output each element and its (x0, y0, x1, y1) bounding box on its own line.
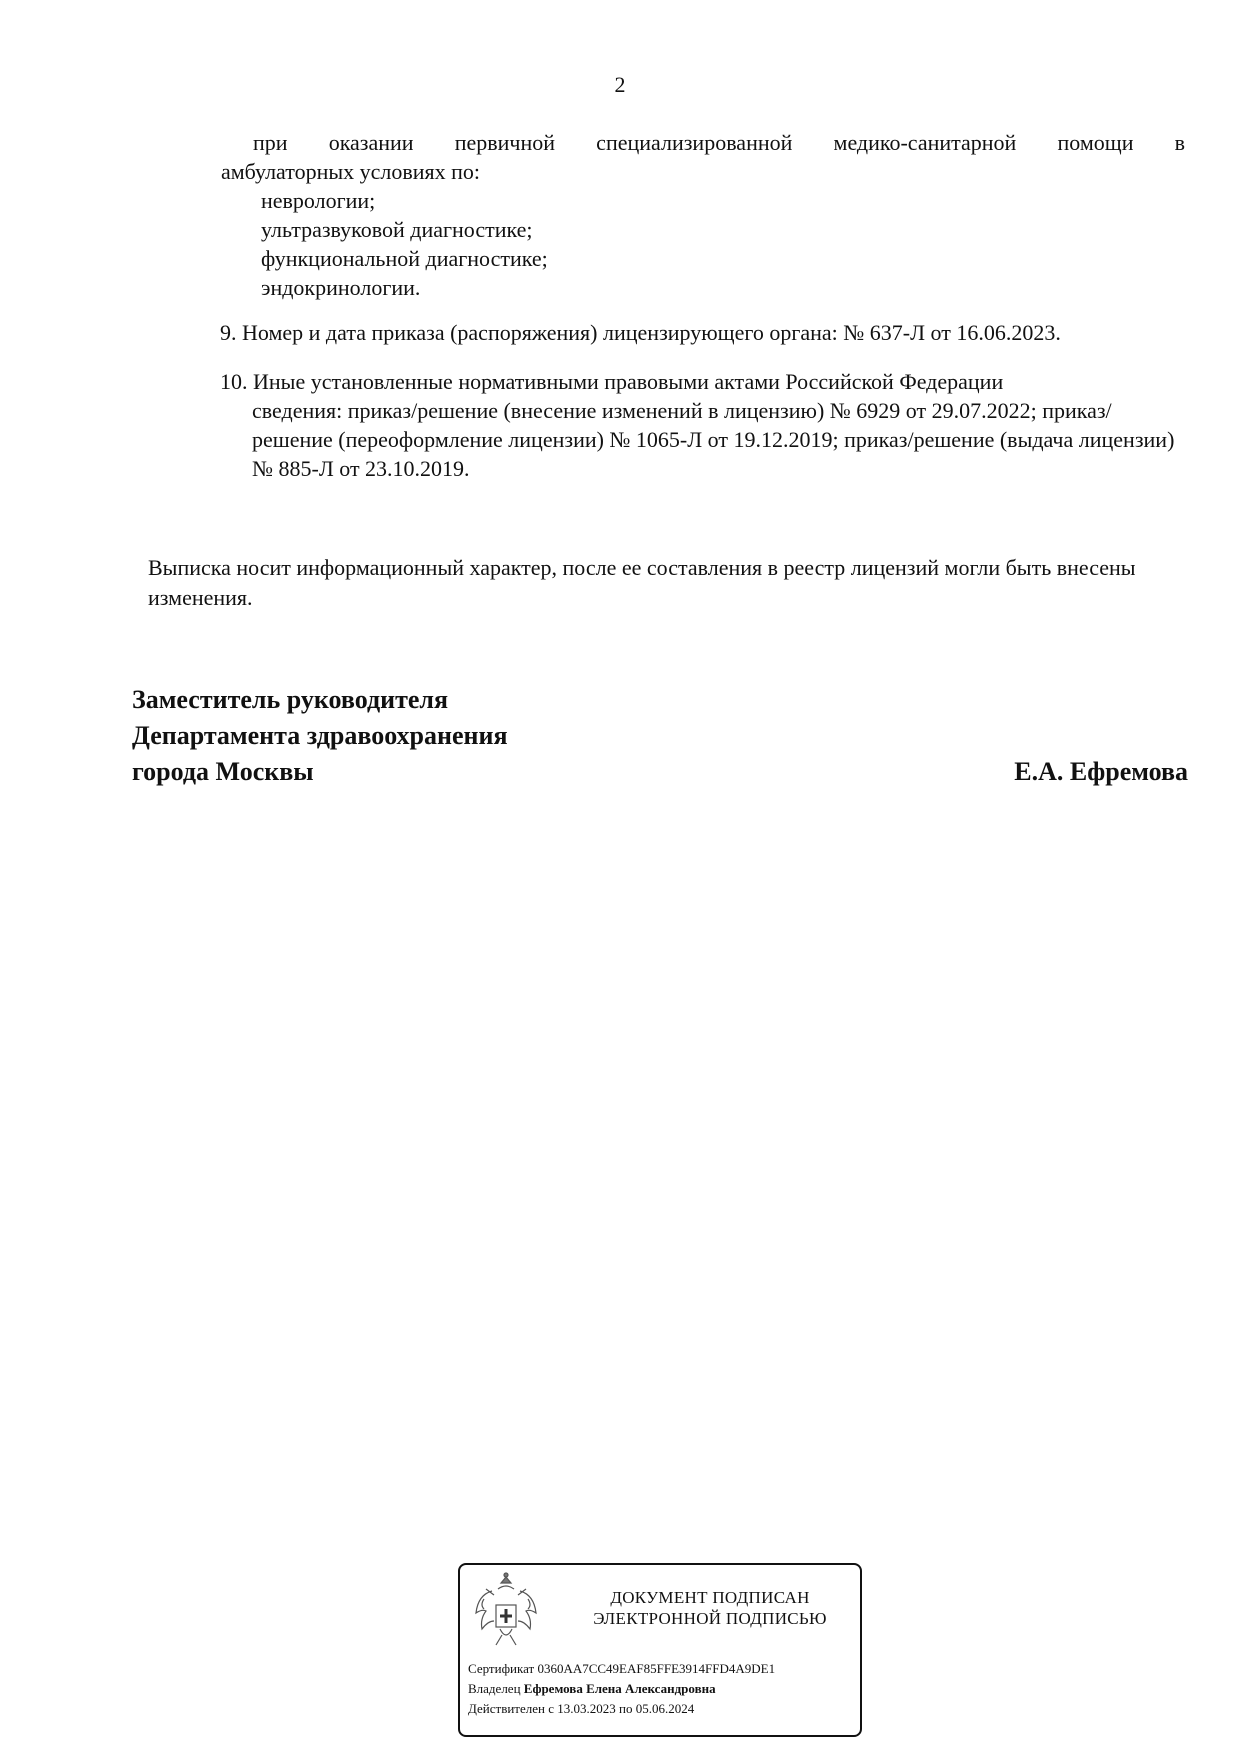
stamp-title-line1: ДОКУМЕНТ ПОДПИСАН (570, 1587, 850, 1608)
stamp-title: ДОКУМЕНТ ПОДПИСАН ЭЛЕКТРОННОЙ ПОДПИСЬЮ (570, 1587, 850, 1629)
page-number: 2 (0, 72, 1240, 98)
owner-row: Владелец Ефремова Елена Александровна (468, 1679, 858, 1699)
signer-position-line2: Департамента здравоохранения (132, 718, 1188, 754)
signer-position-line3: города Москвы (132, 754, 314, 790)
stamp-info: Сертификат 0360AA7CC49EAF85FFE3914FFD4A9… (468, 1659, 858, 1719)
specialty-item: эндокринологии. (261, 273, 1185, 302)
signature-block: Заместитель руководителя Департамента зд… (132, 682, 1188, 790)
owner-label: Владелец (468, 1681, 521, 1696)
certificate-value: 0360AA7CC49EAF85FFE3914FFD4A9DE1 (537, 1661, 775, 1676)
item-10-continuation: сведения: приказ/решение (внесение измен… (252, 396, 1190, 483)
intro-paragraph: при оказании первичной специализированно… (237, 128, 1185, 302)
signer-position-line1: Заместитель руководителя (132, 682, 1188, 718)
item-10-first-line: 10. Иные установленные нормативными прав… (220, 367, 1190, 396)
owner-value: Ефремова Елена Александровна (524, 1681, 716, 1696)
certificate-label: Сертификат (468, 1661, 534, 1676)
specialty-item: ультразвуковой диагностике; (261, 215, 1185, 244)
item-10: 10. Иные установленные нормативными прав… (220, 367, 1190, 483)
intro-first-line: при оказании первичной специализированно… (237, 128, 1185, 157)
coat-of-arms-icon (472, 1571, 540, 1649)
specialty-item: неврологии; (261, 186, 1185, 215)
specialty-item: функциональной диагностике; (261, 244, 1185, 273)
certificate-row: Сертификат 0360AA7CC49EAF85FFE3914FFD4A9… (468, 1659, 858, 1679)
stamp-title-line2: ЭЛЕКТРОННОЙ ПОДПИСЬЮ (570, 1608, 850, 1629)
validity-period: Действителен с 13.03.2023 по 05.06.2024 (468, 1699, 858, 1719)
electronic-signature-stamp: ДОКУМЕНТ ПОДПИСАН ЭЛЕКТРОННОЙ ПОДПИСЬЮ С… (458, 1563, 862, 1737)
item-9: 9. Номер и дата приказа (распоряжения) л… (220, 318, 1190, 347)
signer-name: Е.А. Ефремова (1014, 754, 1188, 790)
notice-paragraph: Выписка носит информационный характер, п… (148, 553, 1188, 613)
intro-second-line: амбулаторных условиях по: (221, 157, 1185, 186)
